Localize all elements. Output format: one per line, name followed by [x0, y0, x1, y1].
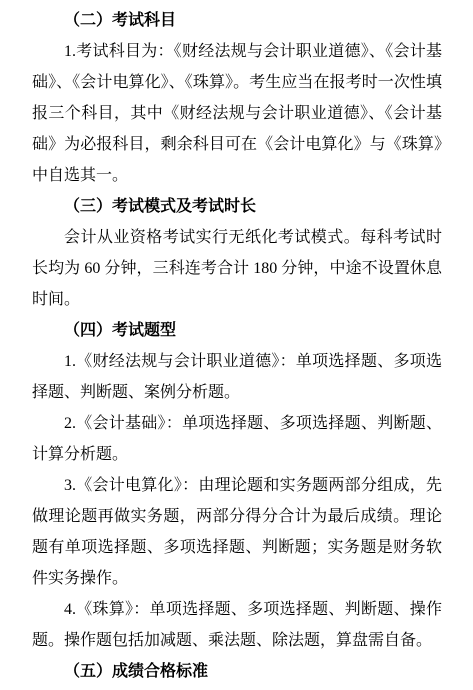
paragraph-exam-mode-duration: 会计从业资格考试实行无纸化考试模式。每科考试时长均为 60 分钟，三科连考合计 … — [32, 222, 442, 315]
section-heading-passing-standard: （五）成绩合格标准 — [32, 656, 442, 687]
paragraph-question-types-accounting-basics: 2.《会计基础》：单项选择题、多项选择题、判断题、计算分析题。 — [32, 408, 442, 470]
paragraph-question-types-computerized-accounting: 3.《会计电算化》：由理论题和实务题两部分组成，先做理论题再做实务题，两部分得分… — [32, 470, 442, 594]
section-heading-exam-mode-duration: （三）考试模式及考试时长 — [32, 191, 442, 222]
paragraph-question-types-abacus: 4.《珠算》：单项选择题、多项选择题、判断题、操作题。操作题包括加减题、乘法题、… — [32, 594, 442, 656]
document-page: （二）考试科目 1.考试科目为：《财经法规与会计职业道德》、《会计基础》、《会计… — [0, 0, 473, 690]
section-heading-exam-subjects: （二）考试科目 — [32, 5, 442, 36]
paragraph-question-types-finance-law: 1.《财经法规与会计职业道德》：单项选择题、多项选择题、判断题、案例分析题。 — [32, 346, 442, 408]
section-heading-question-types: （四）考试题型 — [32, 315, 442, 346]
paragraph-exam-subjects: 1.考试科目为：《财经法规与会计职业道德》、《会计基础》、《会计电算化》、《珠算… — [32, 36, 442, 191]
